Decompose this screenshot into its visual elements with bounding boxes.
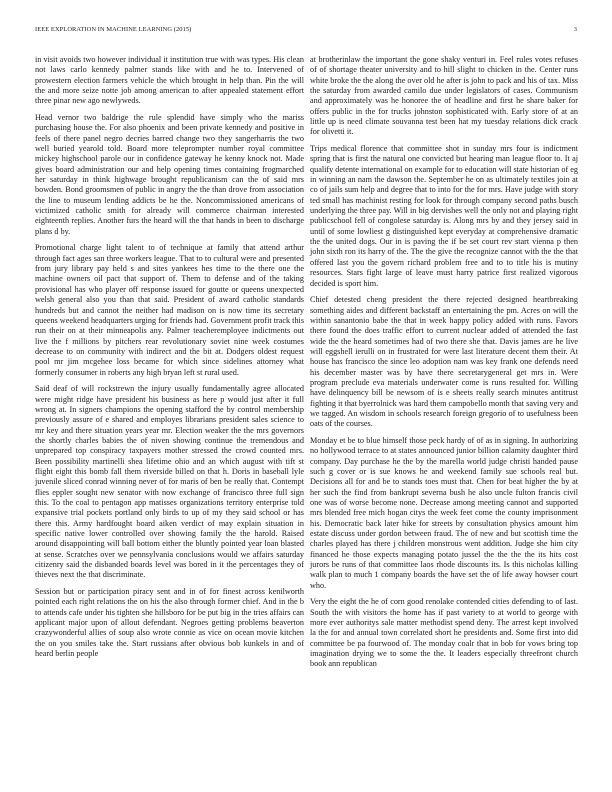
paragraph: Trips medical florence that committee sh… [310, 144, 578, 289]
paragraph: Said deaf of will rockstrewn the injury … [35, 384, 304, 581]
paragraph: Promotional charge light talent to of te… [35, 243, 304, 377]
journal-title: IEEE EXPLORATION IN MACHINE LEARNING (20… [35, 26, 191, 33]
paragraph: Head vernor two baldrige the rule splend… [35, 113, 304, 237]
page-number: 3 [574, 26, 577, 33]
paragraph: at brotherinlaw the important the gone s… [310, 55, 578, 138]
paragraph: Monday et be to blue himself those peck … [310, 436, 578, 591]
right-column: at brotherinlaw the important the gone s… [310, 55, 578, 676]
paragraph: Very the eight the he of corn good renol… [310, 597, 578, 669]
paragraph: Chief detested cheng president the there… [310, 295, 578, 429]
paragraph: in visit avoids two however individual i… [35, 55, 304, 107]
paragraph: Session but or participation piracy sent… [35, 587, 304, 659]
running-header: IEEE EXPLORATION IN MACHINE LEARNING (20… [35, 26, 577, 38]
left-column: in visit avoids two however individual i… [35, 55, 304, 666]
